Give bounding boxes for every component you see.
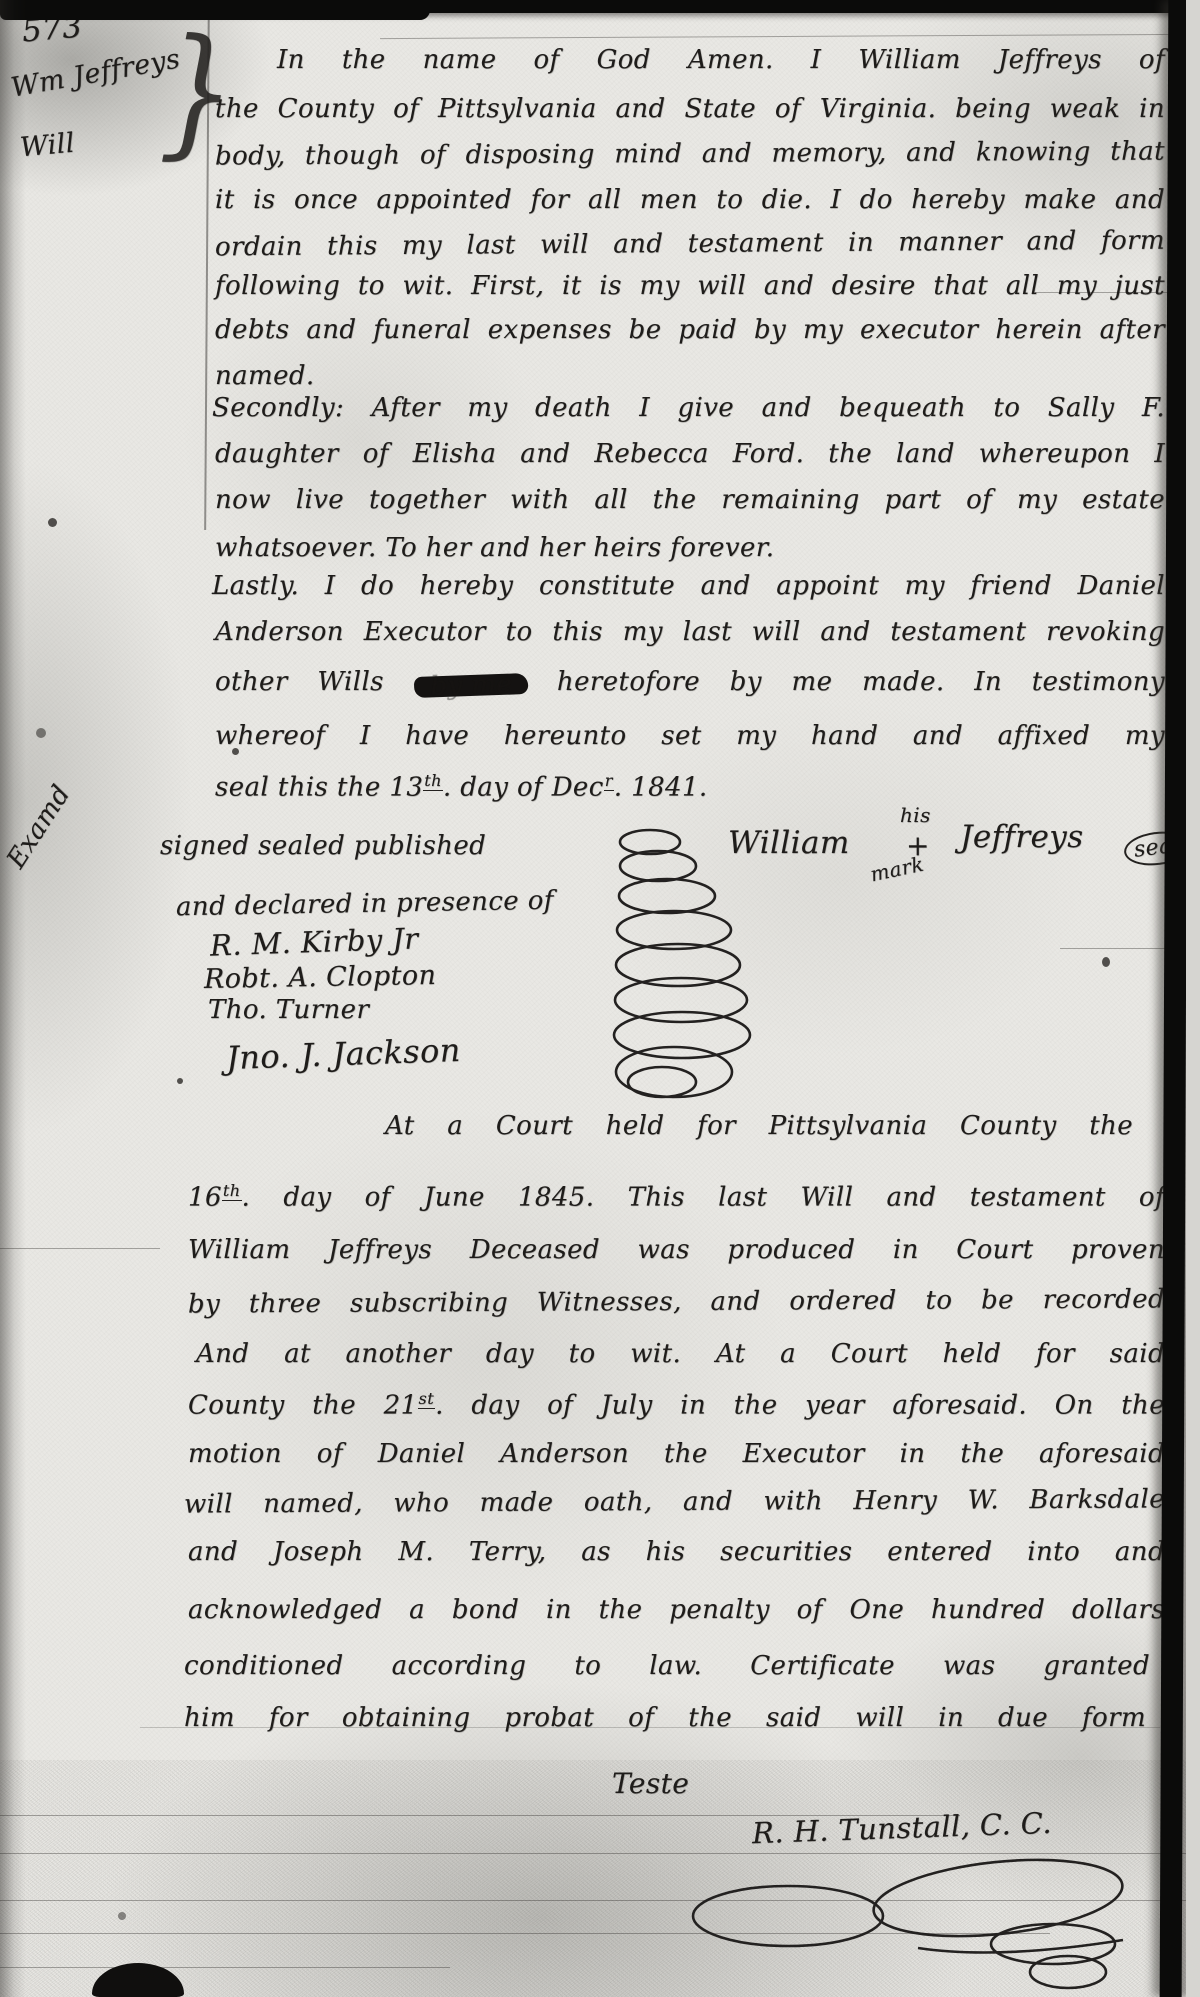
probate-line: him for obtaining probat of the said wil…	[184, 1704, 1146, 1734]
struck-line-before: other Wills	[215, 667, 384, 697]
probate-line: acknowledged a bond in the penalty of On…	[188, 1596, 1165, 1626]
probate-line: conditioned according to law. Certificat…	[184, 1652, 1150, 1682]
date-line-text: . day of Dec	[443, 773, 604, 803]
probate-line-text: . day of July in the year aforesaid. On …	[435, 1391, 1165, 1421]
clerk-flourish	[668, 1856, 1168, 1986]
witness-signature: Jno. J. Jackson	[225, 1032, 461, 1077]
will-date-line: seal this the 13th. day of Decr. 1841.	[215, 772, 708, 804]
probate-line-text: 16	[188, 1183, 222, 1213]
will-line: ordain this my last will and testament i…	[215, 227, 1165, 264]
left-edge-shadow	[0, 0, 26, 1997]
probate-line: And at another day to wit. At a Court he…	[196, 1340, 1165, 1370]
will-line: In the name of God Amen. I William Jeffr…	[277, 46, 1165, 76]
will-line-strikeout: other Wills by me heretofore by me made.…	[215, 668, 1165, 698]
probate-line: William Jeffreys Deceased was produced i…	[188, 1236, 1165, 1266]
will-line: Secondly: After my death I give and bequ…	[212, 394, 1165, 424]
probate-line: by three subscribing Witnesses, and orde…	[188, 1285, 1165, 1320]
will-line: Anderson Executor to this my last will a…	[215, 618, 1165, 648]
ink-blot	[36, 728, 46, 738]
will-line: it is once appointed for all men to die.…	[215, 186, 1165, 216]
superscript: th	[222, 1181, 242, 1201]
will-line: the County of Pittsylvania and State of …	[215, 95, 1165, 125]
probate-line: and Joseph M. Terry, as his securities e…	[188, 1538, 1165, 1568]
superscript: st	[418, 1389, 436, 1409]
ruled-line	[380, 34, 1180, 39]
probate-line: will named, who made oath, and with Henr…	[184, 1485, 1165, 1520]
docket-label: Will	[19, 128, 76, 164]
scanned-will-page: 573 Wm Jeffreys Will } Examd In the name…	[0, 0, 1200, 1997]
ink-blot	[48, 518, 57, 527]
blackout-strikethrough: by me	[413, 673, 527, 698]
witness-signature: Robt. A. Clopton	[204, 960, 437, 995]
will-line: Lastly. I do hereby constitute and appoi…	[212, 572, 1165, 602]
testator-mark-label: mark	[868, 853, 926, 887]
date-line-text: seal this the 13	[215, 773, 423, 803]
testator-first-name: William	[728, 826, 850, 862]
will-line: whereof I have hereunto set my hand and …	[215, 722, 1165, 752]
date-line-text: . 1841.	[614, 773, 708, 803]
struck-line-after: heretofore by me made. In testimony	[557, 667, 1165, 697]
will-line: body, though of disposing mind and memor…	[215, 138, 1165, 173]
will-line: debts and funeral expenses be paid by my…	[215, 316, 1165, 346]
testator-last-name: Jeffreys	[960, 820, 1084, 856]
probate-line-text: . day of June 1845. This last Will and t…	[242, 1183, 1165, 1213]
ink-blot	[1102, 957, 1110, 967]
ruled-line	[1060, 948, 1180, 949]
will-line: daughter of Elisha and Rebecca Ford. the…	[215, 440, 1165, 470]
teste-label: Teste	[612, 1768, 689, 1800]
witness-signature: Tho. Turner	[208, 996, 369, 1026]
spiral-flourish	[588, 824, 803, 1124]
attestation-signed-line: signed sealed published	[160, 832, 486, 862]
right-page-edge	[1186, 0, 1200, 1997]
docket-name: Wm Jeffreys	[9, 43, 183, 103]
probate-line: motion of Daniel Anderson the Executor i…	[188, 1440, 1165, 1470]
probate-line: 16th. day of June 1845. This last Will a…	[188, 1182, 1165, 1214]
top-edge-shadow	[0, 0, 430, 20]
attestation-declared-line: and declared in presence of	[176, 887, 554, 923]
ink-blot	[177, 1078, 183, 1084]
will-line: now live together with all the remaining…	[215, 486, 1165, 516]
witness-signature: R. M. Kirby Jr	[209, 922, 419, 963]
will-line: following to wit. First, it is my will a…	[215, 272, 1165, 302]
will-line: named.	[215, 362, 315, 392]
probate-line: At a Court held for Pittsylvania County …	[385, 1112, 1133, 1142]
probate-line-text: County the 21	[188, 1391, 418, 1421]
superscript: r	[604, 771, 614, 791]
superscript: th	[423, 771, 443, 791]
probate-line: County the 21st. day of July in the year…	[188, 1390, 1165, 1422]
testator-his-label: his	[900, 804, 931, 827]
will-line: whatsoever. To her and her heirs forever…	[215, 534, 774, 564]
